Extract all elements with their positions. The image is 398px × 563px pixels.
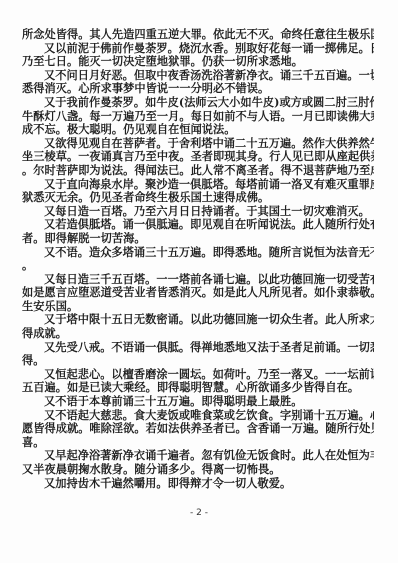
text-line: 。尔时菩萨即为说法。得闻法已。此人常不离圣者。得不退菩萨地乃至成佛。 [22,164,374,178]
text-line: 又若造俱胝塔。诵一俱胝遍。即见观自在听闻说法。此人随所行处有人见 [22,218,374,232]
text-line: 又恒起悲心。以檀香磨涂一圆坛。如荷叶。乃至一落叉。一一坛前诵三千 [22,368,374,382]
text-line: 又不问日月好恶。但取中夜香汤洗浴著新净衣。诵三千五百遍。一切恶梦 [22,69,374,83]
text-line: 愿皆得成就。唯除淫欲。若如法供养圣者已。含香诵一万遍。随所行处见闻皆 [22,422,374,436]
text-line: 五百遍。如是已读大乘经。即得聪明智慧。心所欲诵多少皆得自在。 [22,381,374,395]
page-number: - 2 - [0,508,398,518]
text-line: 如是愿言应堕恶道受苦业者皆悉消灭。如是此人凡所见者。如仆隶恭敬。命终 [22,286,374,300]
text-line: 者。即得解脱一切苦海。 [22,232,374,246]
text-line: 又以前泥于佛前作曼荼罗。烧沉水香。别取好花每一诵一掷佛足。日三时 [22,42,374,56]
text-line: 又于塔中限十五日无数密诵。以此功德回施一切众生者。此人所求大愿皆 [22,313,374,327]
text-line: 又先受八戒。不语诵一俱胝。得禅地悉地又法于圣者足前诵。一切悉地皆 [22,341,374,355]
text-line: 又早起净浴著新净衣诵千遍者。忽有饥俭无饭食时。此人在处恒为丰足。 [22,449,374,463]
text-line: 牛酥灯八盏。每一万遍乃至一月。每日如前不与人语。一月已即读佛大乘经得 [22,110,374,124]
document-page: 所念处皆得。其人先造四重五逆大罪。依此无不灭。命终任意往生极乐国土。 又以前泥于… [0,0,398,563]
text-line: 又于我前作曼荼罗。如牛皮(法师云大小如牛皮)或方或圆二肘三肘作之然 [22,96,374,110]
text-line: 又不语。造众多塔诵三十五万遍。即得悉地。随所言说恒为法音无不称意 [22,246,374,260]
text-line: 生安乐国。 [22,300,374,314]
text-line: 又每日造一百塔。乃至六月日日持诵者。于其国土一切灾难消灭。 [22,205,374,219]
text-line: 又于直向海泉水岸。聚沙造一俱胝塔。每塔前诵一洛叉有难灭重罪应堕地 [22,178,374,192]
text-line: 又欲得见观自在菩萨者。于舍利塔中诵二十五万遍。然作大供养然牛酥灯 [22,137,374,151]
text-line: 喜。 [22,436,374,450]
text-line: 得成就。 [22,327,374,341]
text-line: 。 [22,259,374,273]
text-line: 又半夜晨朝掬水散身。随分诵多少。得离一切怖畏。 [22,463,374,477]
text-line: 悉得消灭。心所求事梦中皆说一一分明必不错误。 [22,82,374,96]
text-line: 乃至七日。能灭一切决定堕地狱罪。仍获一切所求悉地。 [22,55,374,69]
text-line: 所念处皆得。其人先造四重五逆大罪。依此无不灭。命终任意往生极乐国土。 [22,28,374,42]
text-line: 坐三棱草。一夜诵真言乃至中夜。圣者即现其身。行人见已即从座起供养恭敬 [22,150,374,164]
text-line: 成不忘。极大聪明。仍见观自在恒闻说法。 [22,123,374,137]
text-line: 狱悉灭无余。仍见圣者命终生极乐国土速得成佛。 [22,191,374,205]
text-line: 又每日造三千五百塔。一一塔前各诵七遍。以此功德回施一切受苦有情。 [22,273,374,287]
body-text: 所念处皆得。其人先造四重五逆大罪。依此无不灭。命终任意往生极乐国土。 又以前泥于… [22,28,374,490]
text-line: 又不语起大慈悲。食大麦饭或唯食菜或乞饮食。字别诵十五万遍。心所求 [22,409,374,423]
text-line: 又加持齿木千遍然嚼用。即得辩才令一切人敬爱。 [22,477,374,491]
text-line: 得。 [22,354,374,368]
text-line: 又不语于本尊前诵三十五万遍。即得聪明最上最胜。 [22,395,374,409]
